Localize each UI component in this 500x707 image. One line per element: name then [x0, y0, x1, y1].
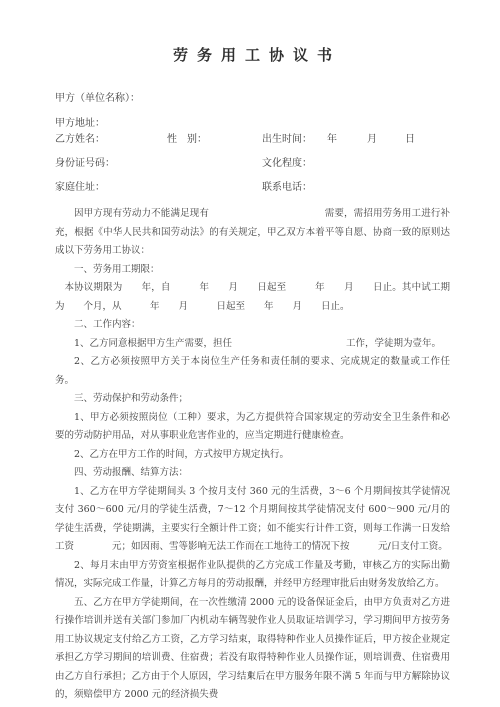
page-title: 劳务用工协议书: [55, 44, 450, 65]
id-education-row: 身份证号码： 文化程度：: [55, 154, 450, 168]
paragraph-term: 本协议期限为 年，自 年 月 日起至 年 月 日止。其中试工期为 个月，从 年 …: [55, 279, 450, 316]
party-a-address-label: 甲方地址：: [55, 114, 105, 129]
paragraph-preamble: 因甲方现有劳动力不能满足现有 需要，需招用劳务用工进行补充，根据《中华人民共和国…: [55, 205, 450, 261]
document-header-fields: 甲方（单位名称）： 甲方地址： 乙方姓名： 性 别： 出生时间： 年 月 日 身…: [55, 89, 450, 192]
party-a-name-row: 甲方（单位名称）：: [55, 89, 450, 103]
section-1-heading: 一、劳务用工期限：: [55, 261, 450, 280]
day-label: 日: [405, 130, 415, 145]
section-2-heading: 二、工作内容：: [55, 316, 450, 335]
month-label: 月: [367, 130, 377, 145]
education-label: 文化程度：: [262, 154, 312, 169]
paragraph-pay-item-1: 1、乙方在甲方学徒期间头 3 个按月支付 360 元的生活费，3～6 个月期间按…: [55, 483, 450, 557]
home-address-label: 家庭住址：: [55, 178, 105, 193]
document-page: 劳务用工协议书 甲方（单位名称）： 甲方地址： 乙方姓名： 性 别： 出生时间：…: [0, 0, 500, 707]
section-5-paragraph: 五、乙方在甲方学徒期间，在一次性缴清 2000 元的设备保证金后，由甲方负责对乙…: [55, 594, 450, 705]
party-b-name-label: 乙方姓名：: [55, 130, 105, 145]
paragraph-work-item-2: 2、乙方必须按照甲方关于本岗位生产任务和责任制的要求、完成规定的数量或工作任务。: [55, 353, 450, 390]
paragraph-protection-item-1: 1、甲方必须按照岗位（工种）要求，为乙方提供符合国家规定的劳动安全卫生条件和必要…: [55, 409, 450, 446]
party-a-name-label: 甲方（单位名称）：: [55, 89, 140, 104]
party-a-address-row: 甲方地址：: [55, 114, 450, 128]
document-content: 劳务用工协议书 甲方（单位名称）： 甲方地址： 乙方姓名： 性 别： 出生时间：…: [55, 44, 450, 705]
birth-date-label: 出生时间：: [262, 130, 312, 145]
page-number: 1: [0, 671, 500, 681]
section-3-heading: 三、劳动保护和劳动条件；: [55, 390, 450, 409]
agreement-body: 因甲方现有劳动力不能满足现有 需要，需招用劳务用工进行补充，根据《中华人民共和国…: [55, 205, 450, 705]
year-label: 年: [327, 130, 337, 145]
party-b-info-row: 乙方姓名： 性 别： 出生时间： 年 月 日: [55, 130, 450, 144]
paragraph-work-item-1: 1、乙方同意根据甲方生产需要，担任 工作，学徒期为壹年。: [55, 335, 450, 354]
section-4-heading: 四、劳动报酬、结算方法：: [55, 464, 450, 483]
paragraph-pay-item-2: 2、每月末由甲方劳资室根据作业队提供的乙方完成工作量及考勤，审核乙方的实际出勤情…: [55, 557, 450, 594]
phone-label: 联系电话：: [262, 178, 312, 193]
id-number-label: 身份证号码：: [55, 154, 115, 169]
paragraph-protection-item-2: 2、乙方在甲方工作的时间，方式按甲方规定执行。: [55, 446, 450, 465]
gender-label: 性 别：: [167, 130, 207, 145]
address-phone-row: 家庭住址： 联系电话：: [55, 178, 450, 192]
